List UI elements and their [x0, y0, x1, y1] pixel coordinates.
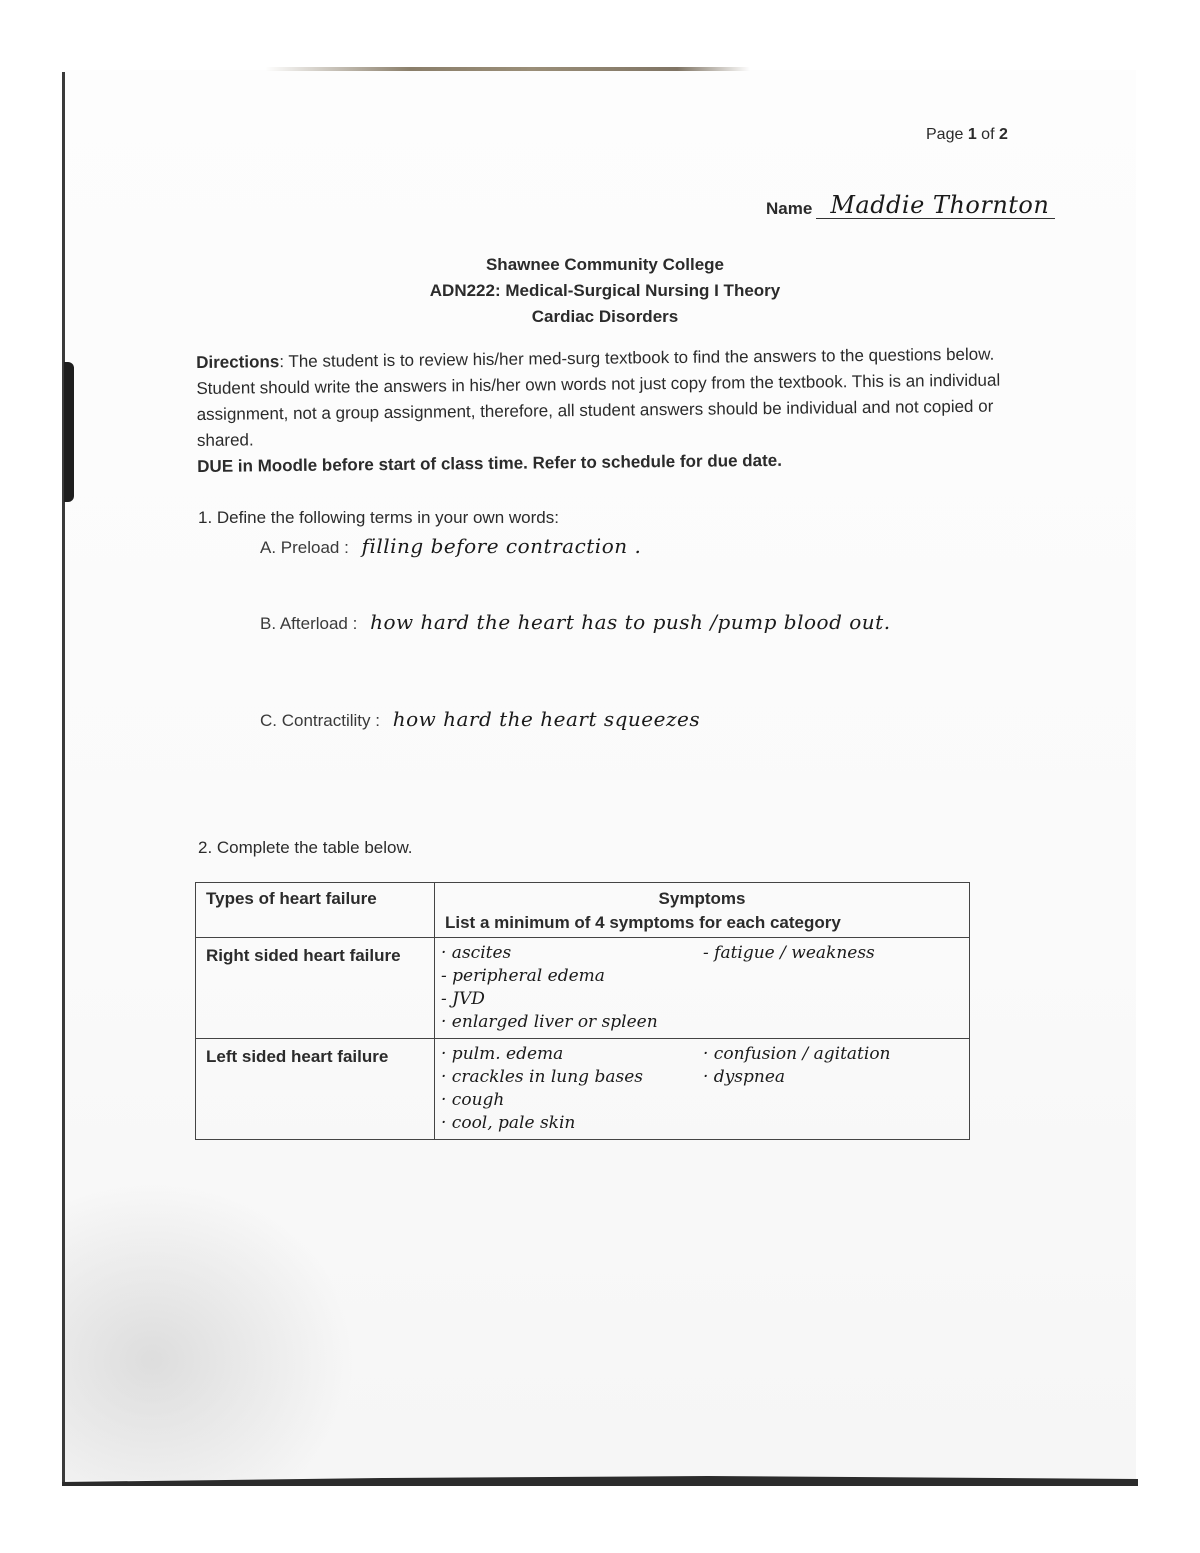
page-top-shadow: [265, 67, 750, 71]
heart-failure-table: Types of heart failure Symptoms List a m…: [195, 882, 970, 1140]
header-symptoms: Symptoms List a minimum of 4 symptoms fo…: [435, 883, 970, 938]
directions-block: Directions: The student is to review his…: [196, 341, 1027, 480]
symptom: - peripheral edema: [441, 965, 963, 988]
table-row: Left sided heart failure · pulm. edema ·…: [196, 1039, 970, 1140]
directions-label: Directions: [196, 352, 279, 372]
term-answer: how hard the heart squeezes: [393, 707, 700, 731]
symptoms-right-column: · confusion / agitation · dyspnea: [703, 1043, 891, 1089]
directions-text: : The student is to review his/her med-s…: [196, 345, 1000, 450]
symptom: · cool, pale skin: [441, 1112, 963, 1135]
binder-clip-edge: [64, 362, 74, 502]
symptom: - fatigue / weakness: [703, 942, 875, 965]
page-left-edge: [62, 72, 65, 1482]
term-preload: A. Preload : filling before contraction …: [260, 534, 641, 558]
name-label: Name: [766, 199, 812, 219]
course-title: ADN222: Medical-Surgical Nursing I Theor…: [350, 278, 860, 304]
photo-shadow: [65, 1180, 355, 1480]
row-type: Left sided heart failure: [196, 1039, 435, 1140]
header-symptoms-sub: List a minimum of 4 symptoms for each ca…: [445, 911, 959, 935]
question-2-prompt: 2. Complete the table below.: [198, 838, 413, 858]
topic-title: Cardiac Disorders: [350, 304, 860, 330]
document-header: Shawnee Community College ADN222: Medica…: [350, 252, 860, 330]
table-header-row: Types of heart failure Symptoms List a m…: [196, 883, 970, 938]
institution-name: Shawnee Community College: [350, 252, 860, 278]
row-symptoms: · pulm. edema · crackles in lung bases ·…: [435, 1039, 970, 1140]
name-value: Maddie Thornton: [816, 192, 1055, 219]
term-answer: filling before contraction .: [362, 534, 642, 558]
term-afterload: B. Afterload : how hard the heart has to…: [260, 610, 891, 634]
symptoms-right-column: - fatigue / weakness: [703, 942, 875, 965]
term-label: A. Preload :: [260, 538, 349, 557]
name-field: Name Maddie Thornton: [766, 192, 1055, 219]
table-row: Right sided heart failure · ascites - pe…: [196, 938, 970, 1039]
symptom: · dyspnea: [703, 1066, 891, 1089]
symptom: - JVD: [441, 988, 963, 1011]
page-indicator: Page 1 of 2: [926, 126, 1008, 144]
question-1-prompt: 1. Define the following terms in your ow…: [198, 508, 559, 528]
term-label: B. Afterload :: [260, 614, 357, 633]
symptom: · confusion / agitation: [703, 1043, 891, 1066]
symptom: · enlarged liver or spleen: [441, 1011, 963, 1034]
term-contractility: C. Contractility : how hard the heart sq…: [260, 707, 700, 731]
header-types: Types of heart failure: [196, 883, 435, 938]
symptom: · cough: [441, 1089, 963, 1112]
term-answer: how hard the heart has to push /pump blo…: [370, 610, 890, 634]
row-symptoms: · ascites - peripheral edema - JVD · enl…: [435, 938, 970, 1039]
symptom: · ascites: [441, 942, 963, 965]
row-type: Right sided heart failure: [196, 938, 435, 1039]
term-label: C. Contractility :: [260, 711, 380, 730]
